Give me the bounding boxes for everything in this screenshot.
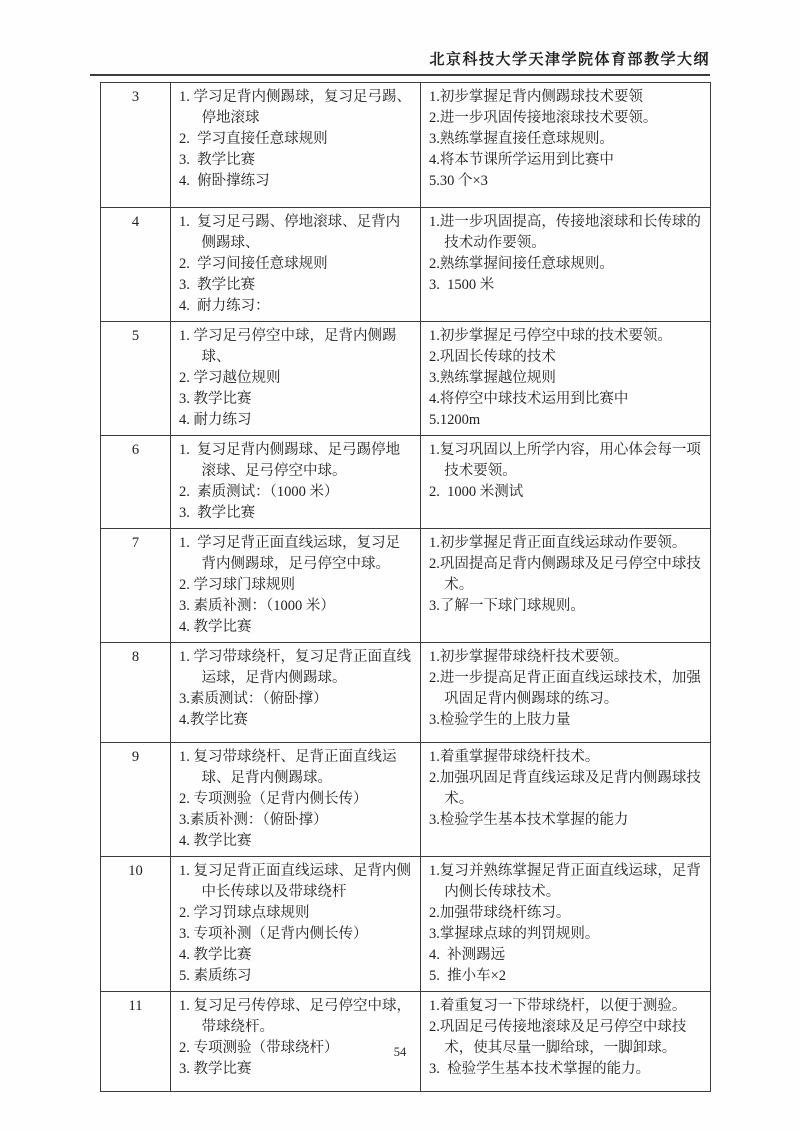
table-row: 5 1. 学习足弓停空中球，足背内侧踢球、2. 学习越位规则3. 教学比赛4. … [101,322,711,436]
table-row: 8 1. 学习带球绕杆，复习足背正面直线运球，足背内侧踢球。3.素质测试：（俯卧… [101,643,711,743]
lesson-number-cell: 11 [101,992,171,1092]
content-item: 2. 学习罚球点球规则 [179,903,412,924]
content-item: 2. 专项测验（足背内侧长传） [179,789,412,810]
lesson-content-cell: 1. 学习带球绕杆，复习足背正面直线运球，足背内侧踢球。3.素质测试：（俯卧撑）… [171,643,421,743]
goal-item: 2.进一步提高足背正面直线运球技术，加强巩固足背内侧踢球的练习。 [429,668,702,710]
lesson-number-cell: 3 [101,83,171,208]
goal-item: 5.1200m [429,410,702,431]
content-item: 4. 教学比赛 [179,945,412,966]
goal-item: 5. 推小车×2 [429,966,702,987]
document-page: 北京科技大学天津学院体育部教学大纲 3 1. 学习足背内侧踢球，复习足弓踢、停地… [0,0,800,1131]
content-item: 2. 学习间接任意球规则 [179,254,412,275]
lesson-number: 8 [132,649,139,665]
lesson-content-cell: 1. 复习带球绕杆、足背正面直线运球、足背内侧踢球。2. 专项测验（足背内侧长传… [171,743,421,857]
page-header: 北京科技大学天津学院体育部教学大纲 [90,48,710,76]
lesson-goals-cell: 1.复习并熟练掌握足背正面直线运球，足背内侧长传球技术。2.加强带球绕杆练习。3… [421,857,711,992]
lesson-number: 9 [132,749,139,765]
lesson-content-cell: 1. 学习足背内侧踢球，复习足弓踢、停地滚球2. 学习直接任意球规则3. 教学比… [171,83,421,208]
goal-item: 1.初步掌握足弓停空中球的技术要领。 [429,326,702,347]
content-item: 2. 学习球门球规则 [179,575,412,596]
lesson-goals-cell: 1.着重复习一下带球绕杆，以便于测验。2.巩固足弓传接地滚球及足弓停空中球技术，… [421,992,711,1092]
lesson-content-cell: 1. 复习足背正面直线运球、足背内侧中长传球以及带球绕杆2. 学习罚球点球规则3… [171,857,421,992]
lesson-content-cell: 1. 复习足弓踢、停地滚球、足背内侧踢球、2. 学习间接任意球规则3. 教学比赛… [171,208,421,322]
goal-item: 1.进一步巩固提高，传接地滚球和长传球的技术动作要领。 [429,212,702,254]
lesson-number: 5 [132,328,139,344]
table-row: 7 1. 学习足背正面直线运球，复习足背内侧踢球，足弓停空中球。2. 学习球门球… [101,529,711,643]
header-title: 北京科技大学天津学院体育部教学大纲 [90,48,710,69]
goal-item: 4.将本节课所学运用到比赛中 [429,150,702,171]
goal-item: 1.初步掌握足背内侧踢球技术要领 [429,87,702,108]
content-item: 4. 耐力练习 [179,410,412,431]
lesson-number-cell: 4 [101,208,171,322]
table-row: 11 1. 复习足弓传停球、足弓停空中球，带球绕杆。2. 专项测验（带球绕杆）3… [101,992,711,1092]
content-item: 2. 学习越位规则 [179,368,412,389]
goal-item: 2.巩固长传球的技术 [429,347,702,368]
lesson-number: 3 [132,89,139,105]
page-footer: 54 [0,1045,800,1060]
content-item: 2. 素质测试：（1000 米） [179,482,412,503]
lesson-content-cell: 1. 复习足弓传停球、足弓停空中球，带球绕杆。2. 专项测验（带球绕杆）3. 教… [171,992,421,1092]
table-row: 9 1. 复习带球绕杆、足背正面直线运球、足背内侧踢球。2. 专项测验（足背内侧… [101,743,711,857]
goal-item: 1.初步掌握带球绕杆技术要领。 [429,647,702,668]
lesson-number: 11 [129,998,143,1014]
syllabus-table-body: 3 1. 学习足背内侧踢球，复习足弓踢、停地滚球2. 学习直接任意球规则3. 教… [101,83,711,1092]
lesson-number: 10 [128,863,143,879]
content-item: 1. 复习足弓传停球、足弓停空中球，带球绕杆。 [179,996,412,1038]
content-item: 4. 教学比赛 [179,617,412,638]
goal-item: 1.着重掌握带球绕杆技术。 [429,747,702,768]
content-item: 1. 复习足背内侧踢球、足弓踢停地滚球、足弓停空中球。 [179,440,412,482]
content-item: 4. 教学比赛 [179,831,412,852]
goal-item: 2. 1000 米测试 [429,482,702,503]
goal-item: 3.了解一下球门球规则。 [429,596,702,617]
lesson-goals-cell: 1.进一步巩固提高，传接地滚球和长传球的技术动作要领。2.熟练掌握间接任意球规则… [421,208,711,322]
lesson-content-cell: 1. 学习足背正面直线运球，复习足背内侧踢球，足弓停空中球。2. 学习球门球规则… [171,529,421,643]
goal-item: 3.熟练掌握直接任意球规则。 [429,129,702,150]
lesson-goals-cell: 1.初步掌握足弓停空中球的技术要领。2.巩固长传球的技术3.熟练掌握越位规则4.… [421,322,711,436]
table-row: 3 1. 学习足背内侧踢球，复习足弓踢、停地滚球2. 学习直接任意球规则3. 教… [101,83,711,208]
content-item: 3.素质测试：（俯卧撑） [179,689,412,710]
lesson-goals-cell: 1.复习巩固以上所学内容，用心体会每一项技术要领。2. 1000 米测试 [421,436,711,529]
goal-item: 4. 补测踢远 [429,945,702,966]
content-item: 1. 复习带球绕杆、足背正面直线运球、足背内侧踢球。 [179,747,412,789]
table-row: 6 1. 复习足背内侧踢球、足弓踢停地滚球、足弓停空中球。2. 素质测试：（10… [101,436,711,529]
goal-item: 3. 1500 米 [429,275,702,296]
lesson-number-cell: 10 [101,857,171,992]
content-item: 1. 学习带球绕杆，复习足背正面直线运球，足背内侧踢球。 [179,647,412,689]
lesson-number: 6 [132,442,139,458]
lesson-content-cell: 1. 学习足弓停空中球，足背内侧踢球、2. 学习越位规则3. 教学比赛4. 耐力… [171,322,421,436]
lesson-goals-cell: 1.初步掌握足背正面直线运球动作要领。2.巩固提高足背内侧踢球及足弓停空中球技术… [421,529,711,643]
table-row: 4 1. 复习足弓踢、停地滚球、足背内侧踢球、2. 学习间接任意球规则3. 教学… [101,208,711,322]
content-item: 3. 教学比赛 [179,389,412,410]
content-item: 3. 素质补测：（1000 米） [179,596,412,617]
goal-item: 2.巩固提高足背内侧踢球及足弓停空中球技术。 [429,554,702,596]
content-item: 1. 学习足背内侧踢球，复习足弓踢、停地滚球 [179,87,412,129]
content-item: 2. 学习直接任意球规则 [179,129,412,150]
content-item: 1. 学习足背正面直线运球，复习足背内侧踢球，足弓停空中球。 [179,533,412,575]
lesson-goals-cell: 1.初步掌握足背内侧踢球技术要领2.进一步巩固传接地滚球技术要领。3.熟练掌握直… [421,83,711,208]
goal-item: 3.熟练掌握越位规则 [429,368,702,389]
goal-item: 3.检验学生的上肢力量 [429,710,702,731]
lesson-number-cell: 9 [101,743,171,857]
goal-item: 5.30 个×3 [429,171,702,192]
goal-item: 3.掌握球点球的判罚规则。 [429,924,702,945]
lesson-content-cell: 1. 复习足背内侧踢球、足弓踢停地滚球、足弓停空中球。2. 素质测试：（1000… [171,436,421,529]
goal-item: 2.熟练掌握间接任意球规则。 [429,254,702,275]
content-item: 3. 教学比赛 [179,275,412,296]
content-item: 4. 俯卧撑练习 [179,171,412,192]
goal-item: 3.检验学生基本技术掌握的能力 [429,810,702,831]
content-item: 4. 耐力练习： [179,296,412,317]
goal-item: 2.进一步巩固传接地滚球技术要领。 [429,108,702,129]
goal-item: 2.加强巩固足背直线运球及足背内侧踢球技术。 [429,768,702,810]
lesson-goals-cell: 1.初步掌握带球绕杆技术要领。2.进一步提高足背正面直线运球技术，加强巩固足背内… [421,643,711,743]
content-item: 1. 复习足背正面直线运球、足背内侧中长传球以及带球绕杆 [179,861,412,903]
content-item: 4.教学比赛 [179,710,412,731]
lesson-number-cell: 6 [101,436,171,529]
content-item: 1. 复习足弓踢、停地滚球、足背内侧踢球、 [179,212,412,254]
lesson-number-cell: 7 [101,529,171,643]
content-item: 1. 学习足弓停空中球，足背内侧踢球、 [179,326,412,368]
goal-item: 1.复习巩固以上所学内容，用心体会每一项技术要领。 [429,440,702,482]
lesson-number: 7 [132,535,139,551]
syllabus-table: 3 1. 学习足背内侧踢球，复习足弓踢、停地滚球2. 学习直接任意球规则3. 教… [100,82,711,1092]
lesson-goals-cell: 1.着重掌握带球绕杆技术。2.加强巩固足背直线运球及足背内侧踢球技术。3.检验学… [421,743,711,857]
goal-item: 1.复习并熟练掌握足背正面直线运球，足背内侧长传球技术。 [429,861,702,903]
goal-item: 2.加强带球绕杆练习。 [429,903,702,924]
content-item: 3. 教学比赛 [179,503,412,524]
goal-item: 3. 检验学生基本技术掌握的能力。 [429,1059,702,1080]
content-item: 3.素质补测：（俯卧撑） [179,810,412,831]
goal-item: 4.将停空中球技术运用到比赛中 [429,389,702,410]
lesson-number: 4 [132,214,139,230]
goal-item: 1.初步掌握足背正面直线运球动作要领。 [429,533,702,554]
content-item: 3. 专项补测（足背内侧长传） [179,924,412,945]
lesson-number-cell: 8 [101,643,171,743]
content-item: 3. 教学比赛 [179,150,412,171]
content-item: 3. 教学比赛 [179,1059,412,1080]
page-number: 54 [394,1045,407,1059]
table-row: 10 1. 复习足背正面直线运球、足背内侧中长传球以及带球绕杆2. 学习罚球点球… [101,857,711,992]
goal-item: 1.着重复习一下带球绕杆，以便于测验。 [429,996,702,1017]
lesson-number-cell: 5 [101,322,171,436]
content-item: 5. 素质练习 [179,966,412,987]
